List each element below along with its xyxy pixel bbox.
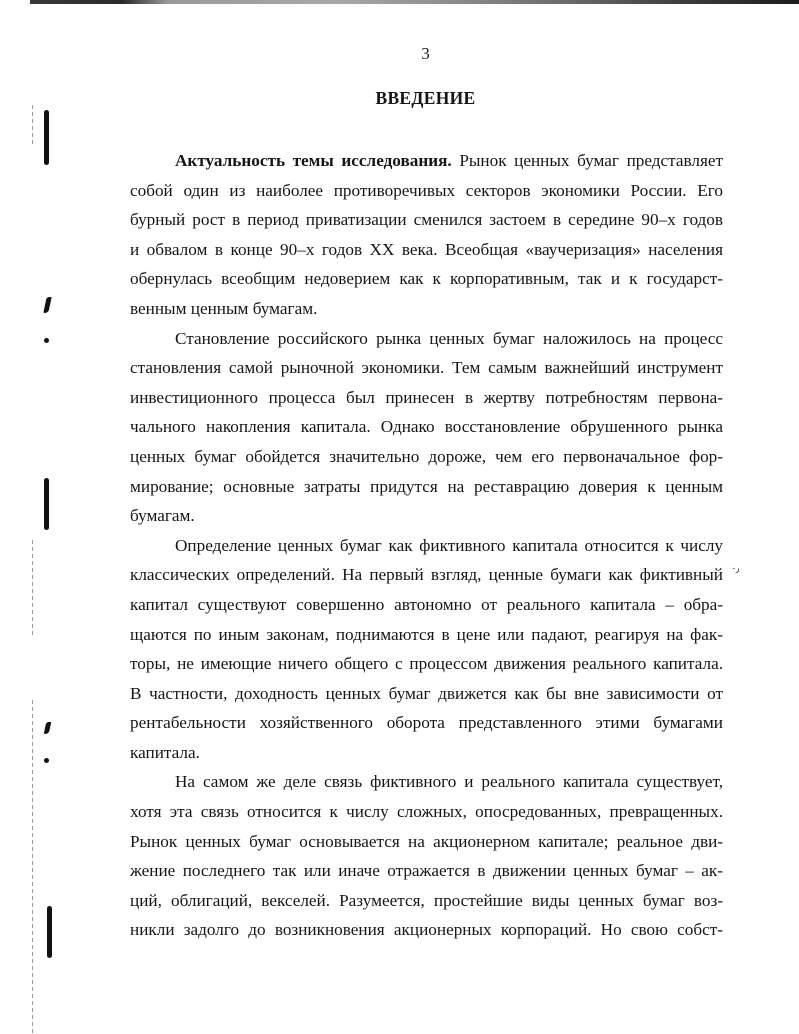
text-line: На самом же деле связь фиктивного и реал… [130, 767, 723, 797]
text-line: инвестиционного процесса был принесен в … [130, 383, 723, 413]
paragraph-lead-bold: Актуальность темы исследования. [175, 151, 452, 170]
scan-speck: ·٫ [732, 562, 739, 575]
text-line: ций, облигаций, векселей. Разумеется, пр… [130, 886, 723, 916]
text-line: и обвалом в конце 90–х годов XX века. Вс… [130, 235, 723, 265]
paragraph-definition: Определение ценных бумаг как фиктивного … [130, 531, 723, 768]
section-title: ВВЕДЕНИЕ [0, 88, 799, 109]
text-line: рентабельности хозяйственного оборота пр… [130, 708, 723, 738]
margin-bracket-mark [47, 906, 52, 958]
scan-margin-rule [32, 700, 33, 1034]
margin-bracket-mark [44, 110, 49, 165]
text-line: Актуальность темы исследования. Рынок це… [130, 146, 723, 176]
document-body: Актуальность темы исследования. Рынок це… [130, 146, 723, 945]
margin-dot-mark [44, 758, 49, 763]
paragraph-connection: На самом же деле связь фиктивного и реал… [130, 767, 723, 945]
text-line: никли задолго до возникновения акционерн… [130, 915, 723, 945]
margin-bracket-mark [44, 478, 49, 530]
text-line: торы, не имеющие ничего общего с процесс… [130, 649, 723, 679]
text-line: бурный рост в период приватизации сменил… [130, 205, 723, 235]
text-line: Рынок ценных бумаг основывается на акцио… [130, 827, 723, 857]
text-line: собой один из наиболее противоречивых се… [130, 176, 723, 206]
text-line: становления самой рыночной экономики. Те… [130, 353, 723, 383]
scan-top-edge [30, 0, 799, 4]
scan-margin-rule [32, 105, 33, 145]
text-line: капитала. [130, 738, 723, 768]
text-line: жение последнего так или иначе отражаетс… [130, 856, 723, 886]
text-line: В частности, доходность ценных бумаг дви… [130, 679, 723, 709]
paragraph-relevance: Актуальность темы исследования. Рынок це… [130, 146, 723, 324]
margin-squiggle-mark [44, 722, 52, 734]
margin-dot-mark [44, 338, 49, 343]
text-line: ценных бумаг обойдется значительно дорож… [130, 442, 723, 472]
text-line: Становление российского рынка ценных бум… [130, 324, 723, 354]
text-line: мирование; основные затраты придутся на … [130, 472, 723, 502]
scan-margin-rule [32, 540, 33, 635]
text-line: Определение ценных бумаг как фиктивного … [130, 531, 723, 561]
text-line: чального накопления капитала. Однако вос… [130, 412, 723, 442]
text-line: бумагам. [130, 501, 723, 531]
paragraph-formation: Становление российского рынка ценных бум… [130, 324, 723, 531]
text-line: щаются по иным законам, поднимаются в це… [130, 620, 723, 650]
page-number: 3 [0, 44, 799, 64]
margin-squiggle-mark [43, 297, 51, 313]
text-line: венным ценным бумагам. [130, 294, 723, 324]
text-line: хотя эта связь относится к числу сложных… [130, 797, 723, 827]
text-line: капитал существуют совершенно автономно … [130, 590, 723, 620]
text-line: классических определений. На первый взгл… [130, 560, 723, 590]
text-line: обернулась всеобщим недоверием как к кор… [130, 264, 723, 294]
